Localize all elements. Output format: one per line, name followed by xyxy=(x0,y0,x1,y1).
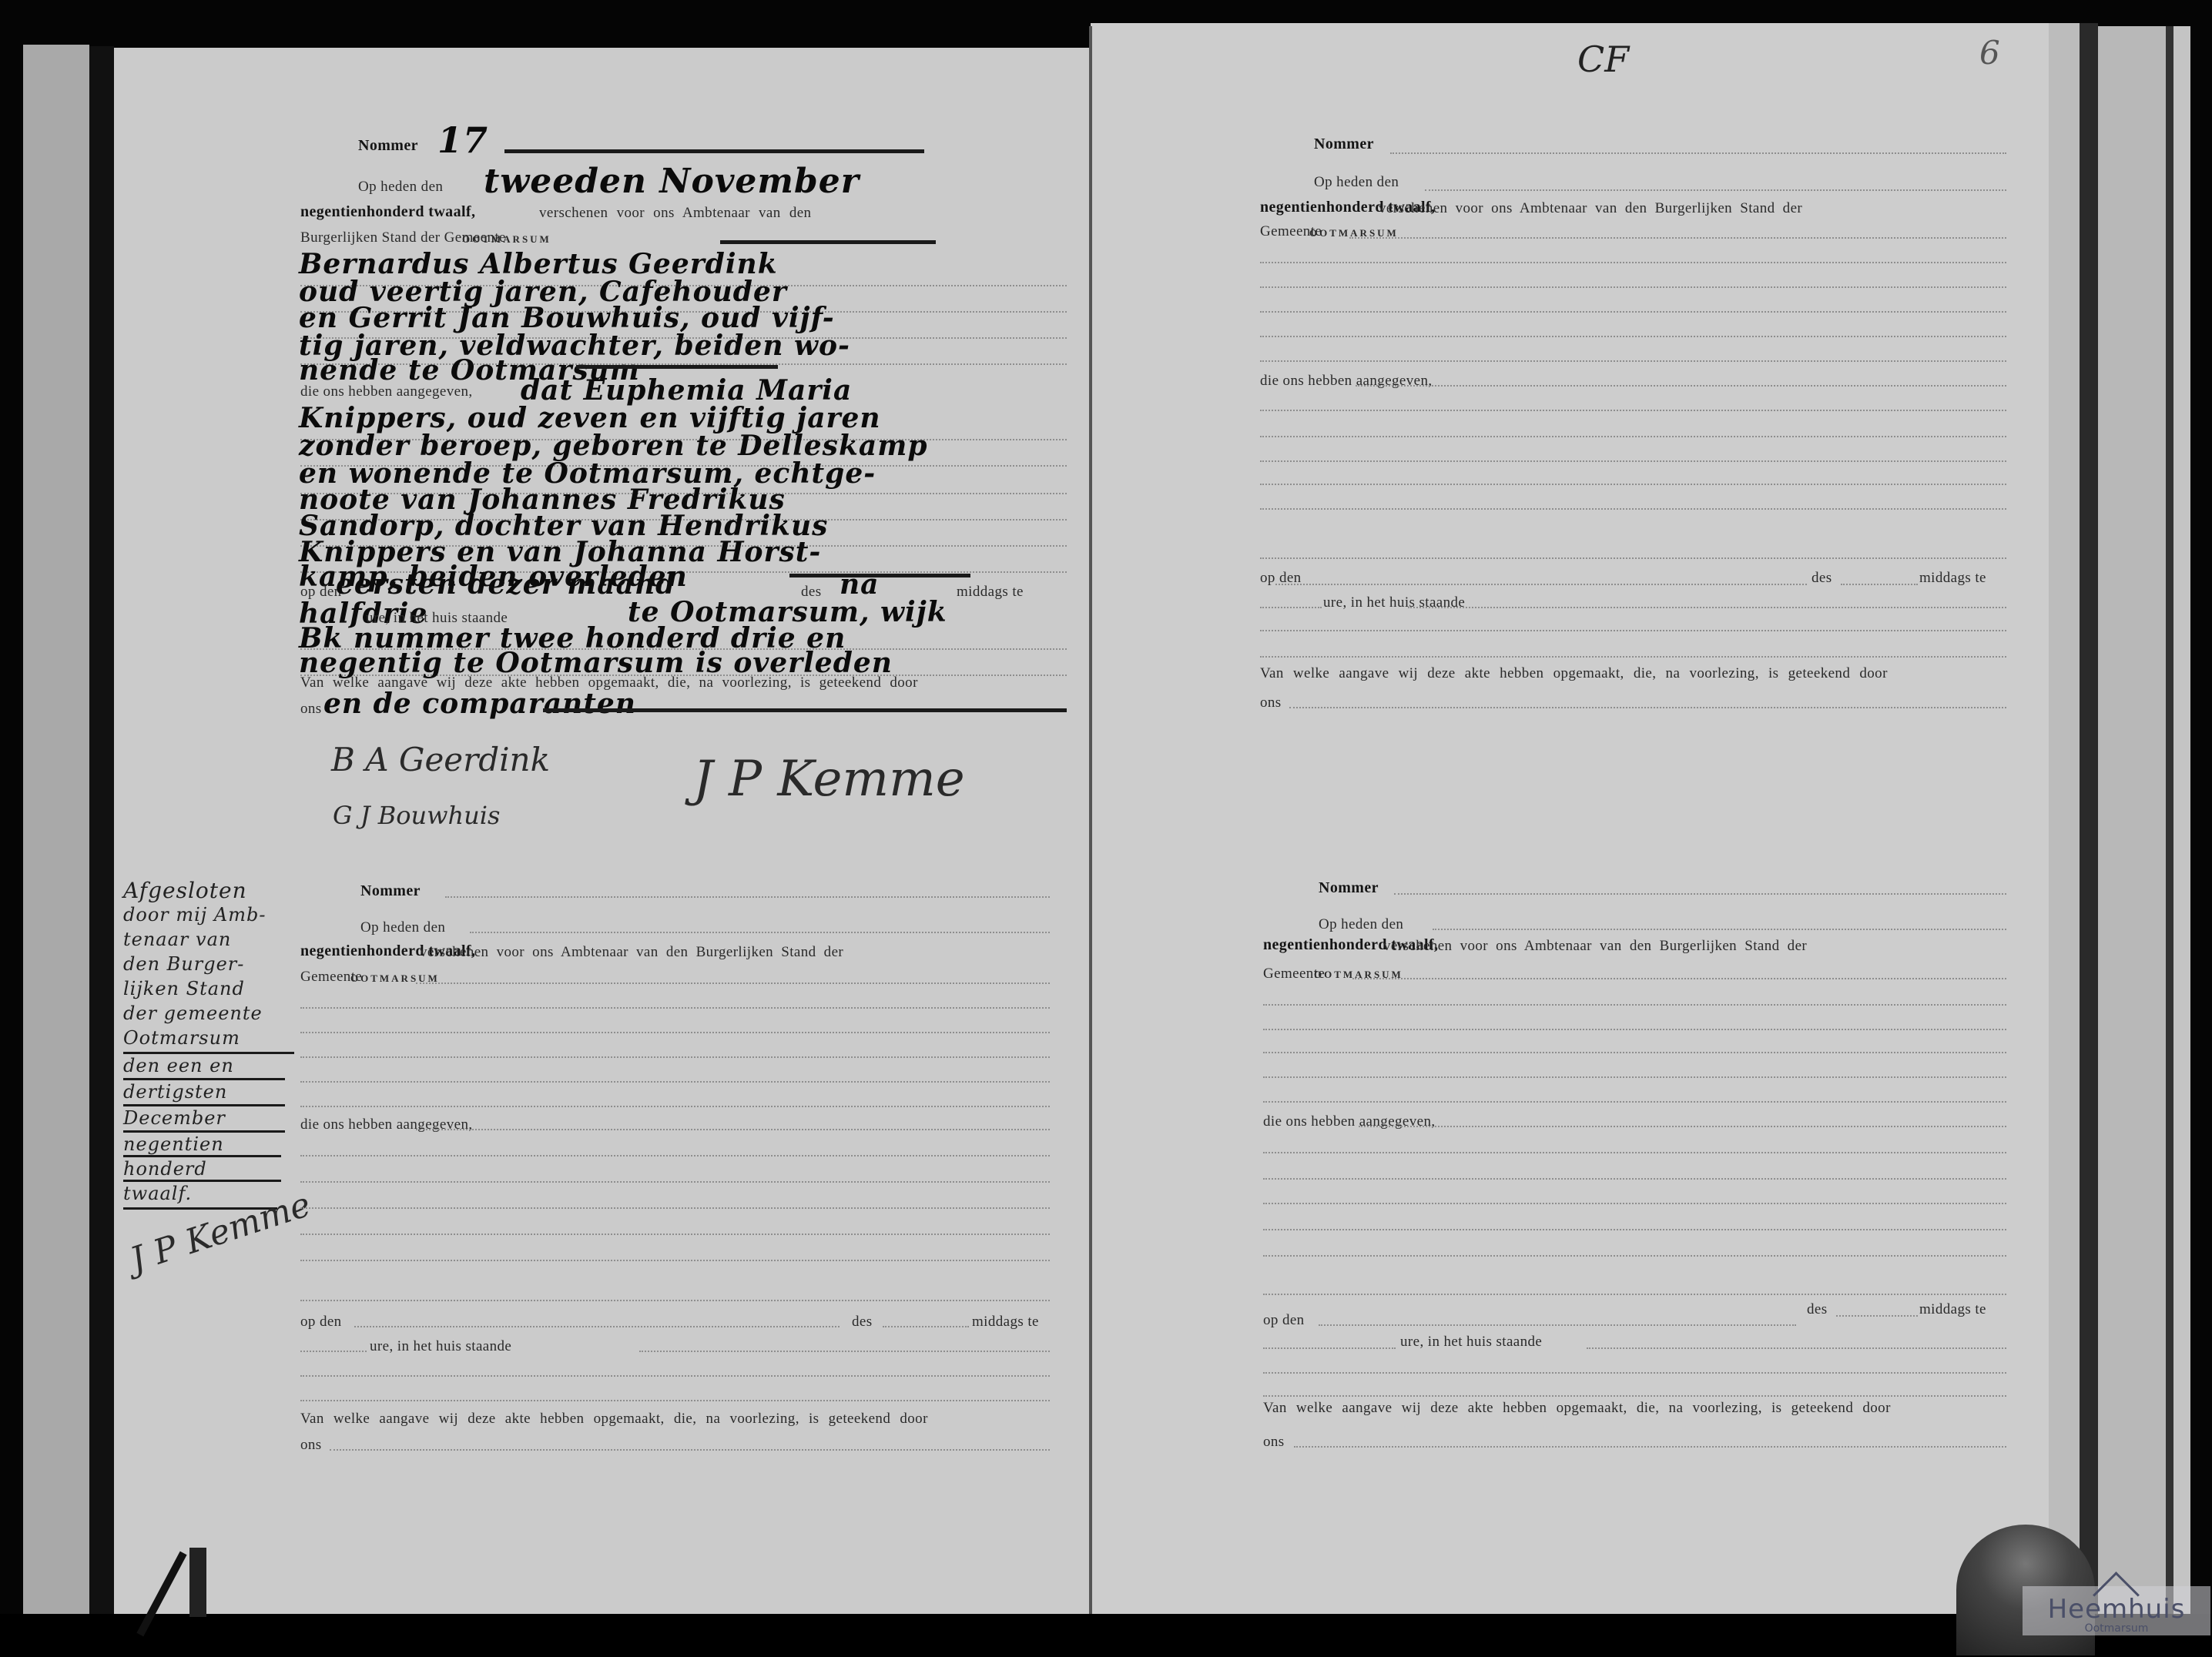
form-line xyxy=(1260,436,2006,437)
ure-label: ure, in het huis staande xyxy=(370,1338,511,1355)
book-spine xyxy=(1089,26,1092,1615)
signature-bouwhuis: G J Bouwhuis xyxy=(333,801,500,830)
form-line xyxy=(1260,410,2006,411)
form-line xyxy=(1352,978,2006,979)
watermark-subtitle: Ootmarsum xyxy=(2023,1623,2210,1634)
middags-label: middags te xyxy=(972,1314,1039,1331)
underline xyxy=(123,1078,285,1080)
year-label: negentienhonderd twaalf, xyxy=(300,203,475,221)
margin-line: den een en xyxy=(123,1055,234,1076)
page-edge xyxy=(2173,26,2190,1615)
form-line xyxy=(300,1207,1050,1209)
form-line xyxy=(1263,1178,2006,1180)
form-line xyxy=(300,1181,1050,1183)
form-line xyxy=(300,1106,1050,1107)
nommer-label: Nommer xyxy=(1314,136,1374,153)
form-line xyxy=(300,1375,1050,1377)
form-line xyxy=(1263,1152,2006,1153)
form-line xyxy=(1260,557,2006,559)
form-line xyxy=(1349,237,2006,239)
weight-clip-shadow xyxy=(189,1548,206,1617)
op-den-label: op den xyxy=(300,1314,342,1331)
margin-line: twaalf. xyxy=(123,1183,192,1204)
die-ons-label: die ons hebben aangegeven, xyxy=(1260,373,1433,390)
filler-rule xyxy=(720,240,936,244)
margin-line: dertigsten xyxy=(123,1081,227,1103)
form-line xyxy=(300,1007,1050,1009)
underline xyxy=(123,1155,281,1157)
nommer-label: Nommer xyxy=(1319,879,1379,897)
op-heden-label: Op heden den xyxy=(358,179,443,196)
middags-label: middags te xyxy=(957,584,1024,601)
page-edge-shadow xyxy=(2166,26,2173,1615)
form-line xyxy=(1260,262,2006,263)
margin-line: der gemeente xyxy=(123,1003,263,1024)
ons-label: ons xyxy=(1263,1434,1285,1451)
form-line xyxy=(300,1155,1050,1157)
form-line xyxy=(1260,286,2006,288)
form-line xyxy=(1836,1315,1918,1317)
des-label: des xyxy=(852,1314,873,1331)
op-den-label: op den xyxy=(1263,1312,1305,1329)
signature-geerdink: B A Geerdink xyxy=(331,741,550,778)
form-line xyxy=(300,1081,1050,1083)
form-line xyxy=(300,1300,1050,1301)
form-line xyxy=(300,1234,1050,1235)
form-line xyxy=(1408,607,2006,608)
form-line xyxy=(1289,707,2006,708)
des-label: des xyxy=(1811,570,1832,587)
nommer-label: Nommer xyxy=(358,137,418,155)
op-heden-label: Op heden den xyxy=(360,919,445,936)
verschenen-label: verschenen voor ons Ambtenaar van den xyxy=(539,205,811,222)
form-line xyxy=(1263,1203,2006,1204)
form-line xyxy=(1260,656,2006,658)
form-line xyxy=(1263,1029,2006,1030)
verschenen-label: verschenen voor ons Ambtenaar van den Bu… xyxy=(1379,200,1802,217)
left-binding-strip xyxy=(89,46,114,1617)
form-line xyxy=(1394,893,2006,895)
filler-rule xyxy=(543,708,1067,712)
death-day: eersten dezer maand xyxy=(336,568,675,601)
van-welke-label: Van welke aangave wij deze akte hebben o… xyxy=(1260,665,1888,682)
filler-rule xyxy=(789,574,970,577)
margin-line: December xyxy=(123,1107,226,1129)
margin-line: negentien xyxy=(123,1133,224,1155)
form-line xyxy=(1260,311,2006,313)
die-ons-label: die ons hebben aangegeven, xyxy=(1263,1113,1436,1130)
page-edge xyxy=(2098,26,2166,1615)
page-edge-shadow xyxy=(2080,23,2098,1615)
form-line xyxy=(1263,1229,2006,1230)
form-line xyxy=(1263,1294,2006,1295)
van-welke-label: Van welke aangave wij deze akte hebben o… xyxy=(300,1411,928,1428)
gemeente-name: OOTMARSUM xyxy=(462,233,551,246)
form-line xyxy=(1294,1446,2006,1448)
form-line xyxy=(354,1326,840,1327)
form-line xyxy=(1433,929,2006,930)
middags-label: middags te xyxy=(1919,1301,1986,1318)
underline xyxy=(123,1130,285,1133)
form-line xyxy=(1841,584,1918,585)
van-welke-label: Van welke aangave wij deze akte hebben o… xyxy=(1263,1400,1891,1417)
form-line xyxy=(1319,1324,1796,1326)
form-line xyxy=(1275,584,1807,585)
left-flap-paper xyxy=(23,45,89,1615)
form-line xyxy=(1356,385,2006,387)
ons-label: ons xyxy=(1260,695,1282,711)
form-line xyxy=(330,1449,1050,1451)
form-line xyxy=(639,1351,1050,1352)
form-line xyxy=(1263,1076,2006,1078)
nommer-label: Nommer xyxy=(360,882,421,900)
form-line xyxy=(1425,189,2006,191)
form-line xyxy=(416,982,1050,984)
form-line xyxy=(883,1326,969,1327)
die-ons-label: die ons hebben aangegeven, xyxy=(300,383,473,400)
form-line xyxy=(300,1400,1050,1401)
verschenen-label: verschenen voor ons Ambtenaar van den Bu… xyxy=(420,944,843,961)
form-line xyxy=(1263,1395,2006,1397)
underline xyxy=(123,1104,285,1106)
form-line xyxy=(1263,1347,1396,1349)
page-number: 6 xyxy=(1979,34,2000,72)
filler-rule xyxy=(576,365,778,369)
middags-label: middags te xyxy=(1919,570,1986,587)
ure-label: ure, in het huis staande xyxy=(1323,594,1465,611)
handwritten-date: tweeden November xyxy=(484,162,860,201)
heemhuis-watermark: Heemhuis Ootmarsum xyxy=(2023,1586,2210,1635)
signed-by: en de comparanten xyxy=(323,688,636,720)
form-line xyxy=(300,1032,1050,1033)
form-line xyxy=(470,932,1050,933)
form-line xyxy=(1260,508,2006,510)
op-heden-label: Op heden den xyxy=(1314,174,1399,191)
form-line xyxy=(445,896,1050,898)
margin-line: Afgesloten xyxy=(123,878,247,903)
margin-line: den Burger- xyxy=(123,953,244,975)
ure-label: ure, in het huis staande xyxy=(1400,1334,1542,1351)
verschenen-label: verschenen voor ons Ambtenaar van den Bu… xyxy=(1383,938,1807,955)
form-line xyxy=(1260,460,2006,462)
des-label: des xyxy=(1807,1301,1828,1318)
form-line xyxy=(1263,1052,2006,1053)
op-heden-label: Op heden den xyxy=(1319,916,1403,933)
ons-label: ons xyxy=(300,1437,322,1454)
cf-mark: CF xyxy=(1577,38,1629,80)
form-line xyxy=(1260,630,2006,631)
form-line xyxy=(1359,1126,2006,1127)
margin-line: lijken Stand xyxy=(123,978,245,999)
underline xyxy=(123,1180,281,1182)
form-line xyxy=(1260,607,1322,608)
form-line xyxy=(1587,1347,2006,1349)
die-ons-label: die ons hebben aangegeven, xyxy=(300,1116,473,1133)
scan-bottom-border xyxy=(0,1614,2212,1657)
underline xyxy=(123,1052,294,1054)
margin-line: tenaar van xyxy=(123,929,231,950)
form-line xyxy=(1260,336,2006,337)
form-line xyxy=(1263,1101,2006,1103)
form-line xyxy=(300,1351,367,1352)
form-line xyxy=(1263,1372,2006,1374)
margin-line: door mij Amb- xyxy=(123,904,266,926)
form-line xyxy=(1390,152,2006,154)
signature-kemme: J P Kemme xyxy=(693,751,965,808)
filler-rule xyxy=(504,149,924,153)
form-line xyxy=(300,1056,1050,1058)
ons-label: ons xyxy=(300,701,322,718)
form-line xyxy=(1263,1004,2006,1006)
margin-line: Ootmarsum xyxy=(123,1027,240,1049)
form-line xyxy=(416,1129,1050,1130)
form-line xyxy=(1260,360,2006,362)
record-number: 17 xyxy=(437,119,488,161)
form-line xyxy=(1260,484,2006,485)
form-line xyxy=(1263,1255,2006,1257)
form-line xyxy=(300,1260,1050,1261)
margin-line: honderd xyxy=(123,1158,207,1180)
